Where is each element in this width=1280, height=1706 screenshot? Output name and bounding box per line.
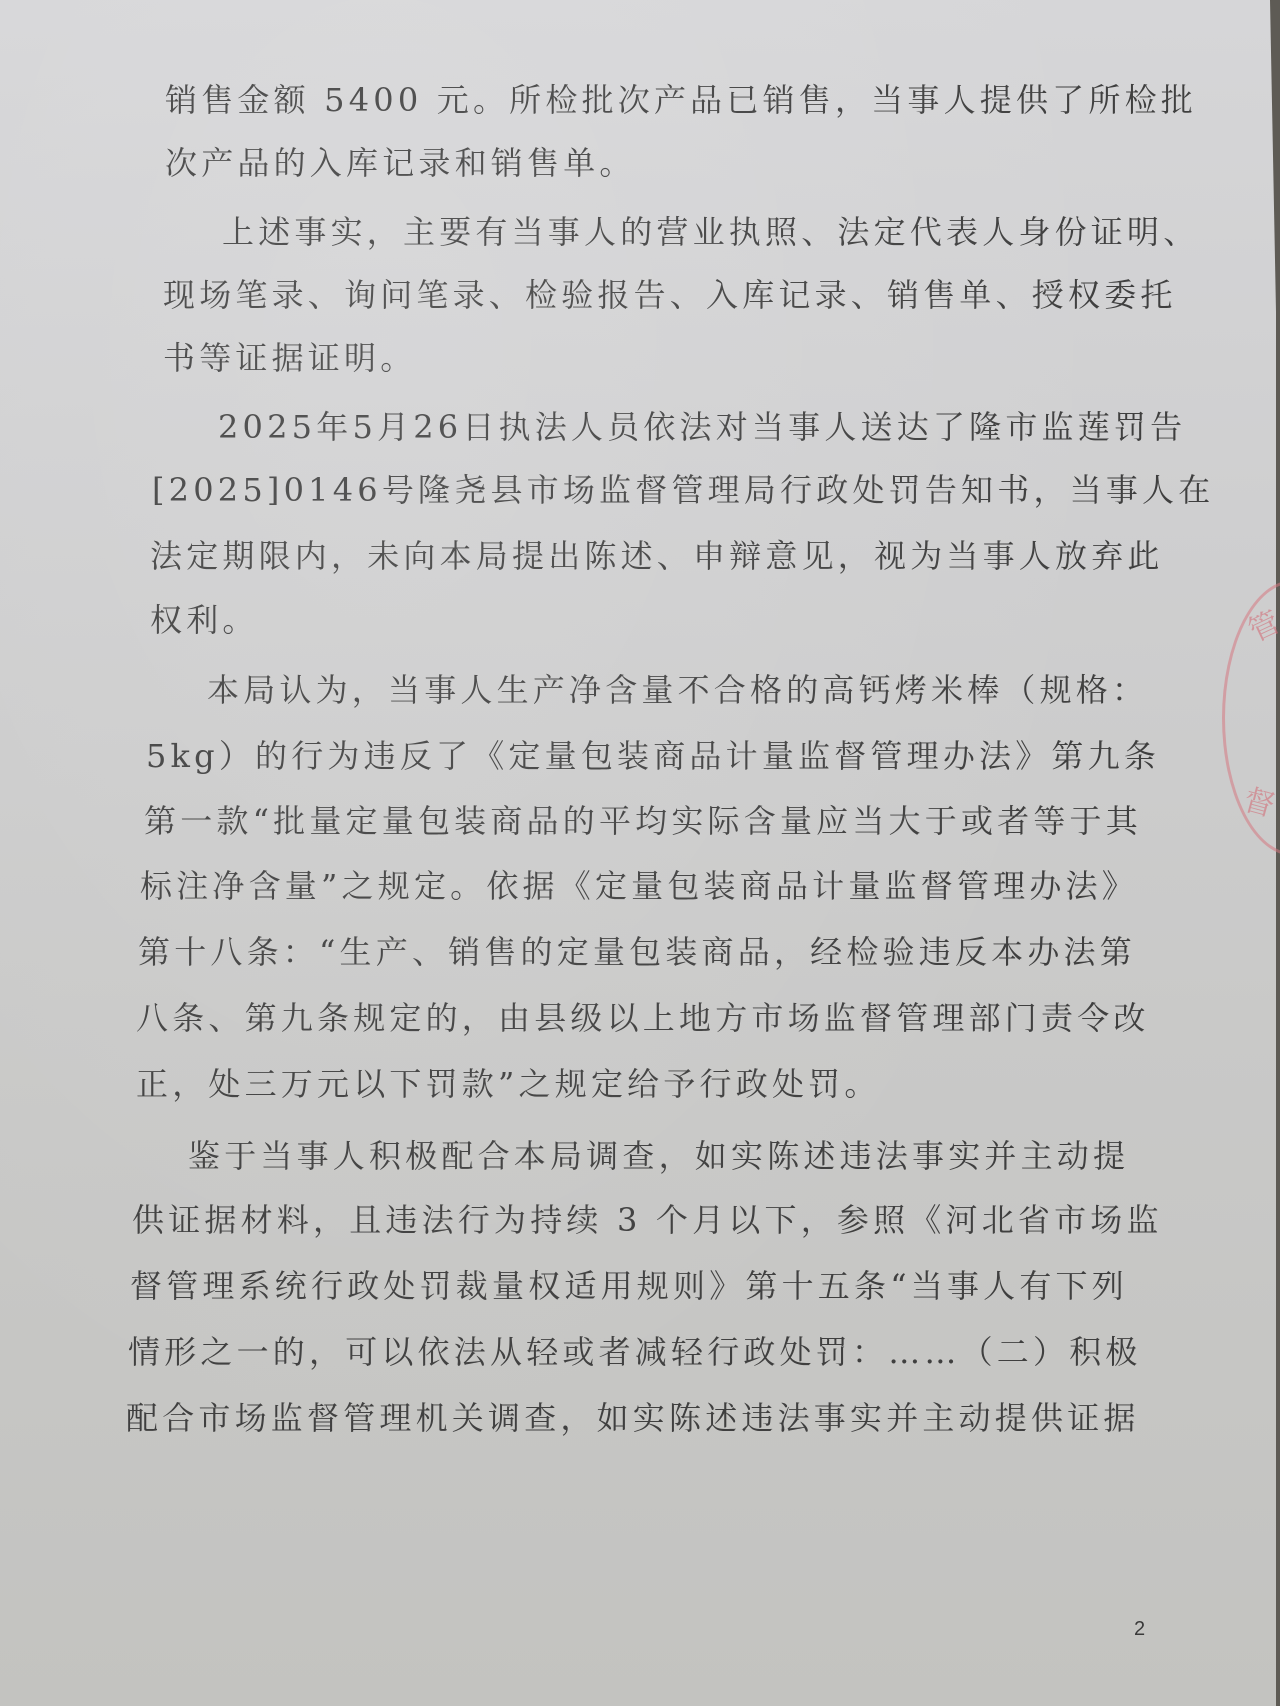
text-line: 供证据材料，且违法行为持续 3 个月以下，参照《河北省市场监 — [132, 1200, 1163, 1240]
document-page: 销售金额 5400 元。所检批次产品已销售，当事人提供了所检批 次产品的入库记录… — [0, 0, 1276, 1706]
text-line: 上述事实，主要有当事人的营业执照、法定代表人身份证明、 — [222, 212, 1199, 252]
text-line: 第一款“批量定量包装商品的平均实际含量应当大于或者等于其 — [144, 801, 1142, 841]
text-line: 法定期限内，未向本局提出陈述、申辩意见，视为当事人放弃此 — [150, 536, 1164, 576]
text-line: [2025]0146号隆尧县市场监督管理局行政处罚告知书，当事人在 — [152, 470, 1214, 510]
text-line: 配合市场监督管理机关调查，如实陈述违法事实并主动提供证据 — [126, 1398, 1140, 1438]
text-line: 情形之一的，可以依法从轻或者减轻行政处罚：……（二）积极 — [128, 1332, 1142, 1372]
text-line: 鉴于当事人积极配合本局调查，如实陈述违法事实并主动提 — [188, 1136, 1129, 1176]
text-line: 督管理系统行政处罚裁量权适用规则》第十五条“当事人有下列 — [130, 1266, 1128, 1306]
text-line: 书等证据证明。 — [163, 338, 416, 378]
page-number: 2 — [1134, 1618, 1145, 1641]
text-line: 销售金额 5400 元。所检批次产品已销售，当事人提供了所检批 — [165, 80, 1197, 120]
text-line: 本局认为，当事人生产净含量不合格的高钙烤米棒（规格： — [207, 670, 1148, 710]
text-line: 标注净含量”之规定。依据《定量包装商品计量监督管理办法》 — [140, 866, 1138, 906]
text-line: 5kg）的行为违反了《定量包装商品计量监督管理办法》第九条 — [146, 736, 1160, 776]
text-line: 2025年5月26日执法人员依法对当事人送达了隆市监莲罚告 — [218, 407, 1186, 447]
text-line: 正，处三万元以下罚款”之规定给予行政处罚。 — [136, 1064, 881, 1104]
text-line: 第十八条：“生产、销售的定量包装商品，经检验违反本办法第 — [138, 932, 1136, 972]
text-line: 现场笔录、询问笔录、检验报告、入库记录、销售单、授权委托 — [163, 275, 1177, 315]
text-line: 权利。 — [150, 600, 259, 640]
text-line: 次产品的入库记录和销售单。 — [165, 143, 636, 183]
text-line: 八条、第九条规定的，由县级以上地方市场监督管理部门责令改 — [136, 998, 1150, 1038]
